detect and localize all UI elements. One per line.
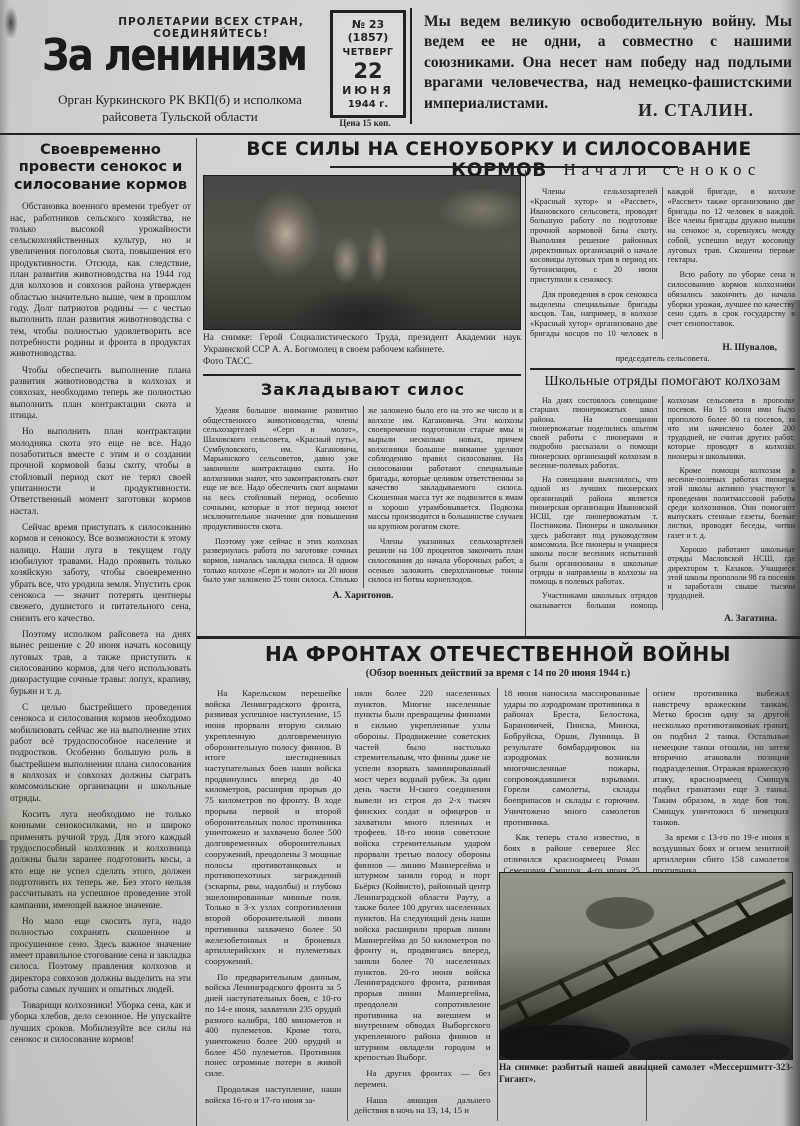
masthead-rule (0, 133, 800, 135)
silos-article-body: Уделяя большое внимание развитию обществ… (203, 406, 523, 588)
school-article: Школьные отряды помогают колхозам На дня… (530, 374, 795, 624)
war-section-subtitle: (Обзор военных действий за время с 14 по… (196, 668, 800, 679)
caption-rule (203, 374, 521, 376)
scan-artifact (4, 6, 18, 40)
war-column-2: няли более 220 населенных пунктов. Многи… (347, 688, 496, 1121)
issue-day: 22 (333, 59, 403, 83)
school-article-body: На днях состоялось совещание старших пио… (530, 396, 795, 610)
war-column-1: На Карельском перешейке войска Ленинград… (199, 688, 347, 1121)
war-section-title: НА ФРОНТАХ ОТЕЧЕСТВЕННОЙ ВОЙНЫ (196, 642, 800, 666)
plane-truss-graphic (500, 873, 792, 1059)
wrecked-plane-caption: На снимке: разбитый нашей авиацией самол… (499, 1062, 793, 1086)
issue-price: Цена 15 коп. (330, 118, 400, 128)
lead-article: Своевременно провести сенокос и силосова… (10, 142, 191, 1051)
issue-weekday: ЧЕТВЕРГ (333, 47, 403, 58)
issue-year: 1944 г. (333, 99, 403, 110)
senokos-article-body: Члены сельхозартелей «Красный хутор» и «… (530, 187, 795, 339)
school-signature: А. Загатина. (530, 614, 795, 624)
senokos-signature-role: председатель сельсовета. (530, 353, 795, 363)
newspaper-page: ПРОЛЕТАРИИ ВСЕХ СТРАН, СОЕДИНЯЙТЕСЬ! За … (0, 0, 800, 1126)
column-divider (196, 138, 197, 1126)
silos-signature: А. Харитонов. (203, 591, 523, 601)
newspaper-subtitle: Орган Куркинского РК ВКП(б) и исполкома … (30, 92, 330, 126)
lead-article-body: Обстановка военного времени требует от н… (10, 202, 191, 1046)
senokos-article-title: Начали сенокос (530, 160, 795, 180)
bogomolets-photo-caption: На снимке: Герой Социалистического Труда… (203, 333, 521, 369)
stalin-quote-author: И. СТАЛИН. (424, 100, 754, 121)
photo-credit: Фото ТАСС. (203, 357, 521, 369)
stalin-quote: Мы ведем великую освободительную войну. … (424, 12, 792, 114)
bogomolets-photo (203, 175, 521, 330)
senokos-school-rule (530, 368, 795, 370)
issue-month: ИЮНЯ (333, 84, 403, 97)
war-section-rule (196, 636, 800, 639)
masthead-divider (410, 8, 412, 124)
lead-article-title: Своевременно провести сенокос и силосова… (10, 142, 191, 194)
issue-number: № 23 (1857) (333, 18, 403, 44)
school-article-title: Школьные отряды помогают колхозам (530, 374, 795, 390)
scan-artifact (0, 840, 10, 1020)
issue-info-box: № 23 (1857) ЧЕТВЕРГ 22 ИЮНЯ 1944 г. (330, 10, 406, 118)
silos-article-title: Закладывают силос (203, 380, 523, 399)
silos-article: Закладывают силос Уделяя большое внимани… (203, 380, 523, 601)
wrecked-plane-photo (499, 872, 793, 1060)
newspaper-title: За ленинизм (42, 30, 306, 81)
senokos-signature: Н. Шувалов, (530, 343, 795, 353)
senokos-article: Начали сенокос Члены сельхозартелей «Кра… (530, 160, 795, 363)
caption-text: На снимке: Герой Социалистического Труда… (203, 333, 521, 355)
center-column-divider (525, 170, 526, 638)
